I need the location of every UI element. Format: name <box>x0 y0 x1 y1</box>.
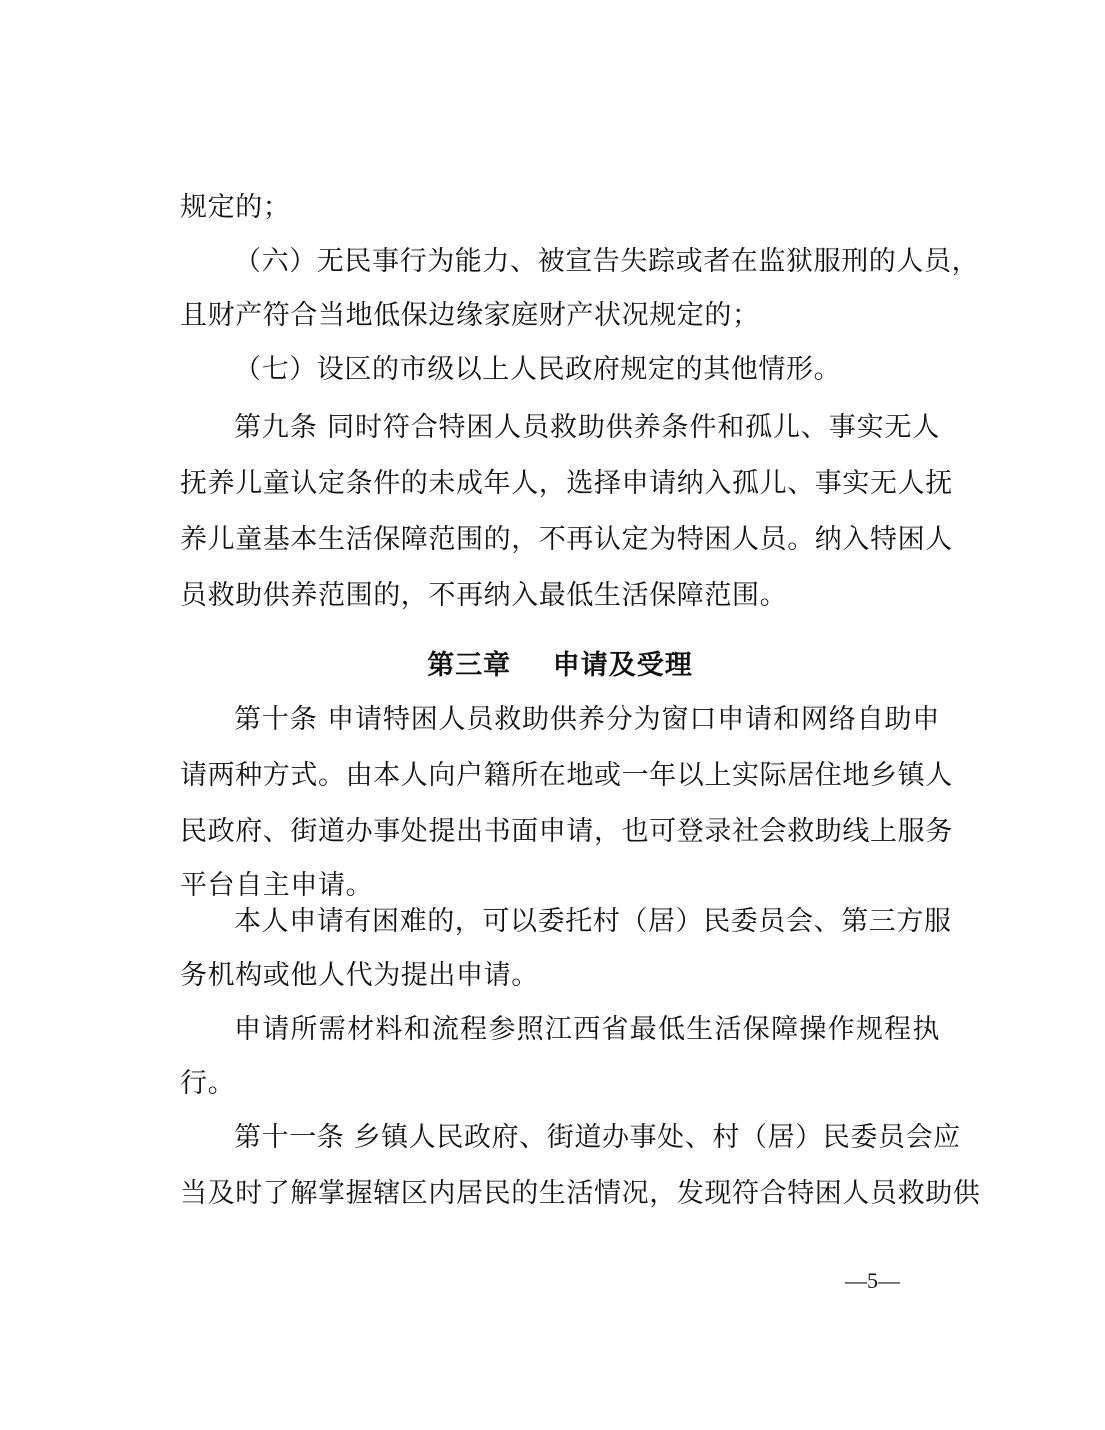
text-line: 员救助供养范围的，不再纳入最低生活保障范围。 <box>180 578 940 614</box>
chapter-heading: 第三章 申请及受理 <box>180 648 940 684</box>
article-11-start: 第十一条 乡镇人民政府、街道办事处、村（居）民委员会应 <box>234 1120 940 1156</box>
text-line: 民政府、街道办事处提出书面申请，也可登录社会救助线上服务 <box>180 814 940 850</box>
text-line: 抚养儿童认定条件的未成年人，选择申请纳入孤儿、事实无人抚 <box>180 466 940 502</box>
text-line: 当及时了解掌握辖区内居民的生活情况，发现符合特困人员救助供 <box>180 1176 940 1212</box>
text-line: 养儿童基本生活保障范围的，不再认定为特困人员。纳入特困人 <box>180 522 940 558</box>
text-line: 请两种方式。由本人向户籍所在地或一年以上实际居住地乡镇人 <box>180 758 940 794</box>
article-10-start: 第十条 申请特困人员救助供养分为窗口申请和网络自助申 <box>234 702 940 738</box>
text-line: 本人申请有困难的，可以委托村（居）民委员会、第三方服 <box>234 904 940 940</box>
text-line: 申请所需材料和流程参照江西省最低生活保障操作规程执 <box>234 1012 940 1048</box>
text-line: 且财产符合当地低保边缘家庭财产状况规定的； <box>180 298 940 334</box>
document-page: 规定的； （六）无民事行为能力、被宣告失踪或者在监狱服刑的人员， 且财产符合当地… <box>0 0 1105 1430</box>
text-line: （六）无民事行为能力、被宣告失踪或者在监狱服刑的人员， <box>234 244 940 280</box>
page-number: —5— <box>845 1266 900 1296</box>
text-line: 平台自主申请。 <box>180 868 940 904</box>
article-9-start: 第九条 同时符合特困人员救助供养条件和孤儿、事实无人 <box>234 410 940 446</box>
text-line: 行。 <box>180 1066 940 1102</box>
text-line: 规定的； <box>180 190 940 226</box>
text-line: （七）设区的市级以上人民政府规定的其他情形。 <box>234 352 940 388</box>
text-line: 务机构或他人代为提出申请。 <box>180 958 940 994</box>
